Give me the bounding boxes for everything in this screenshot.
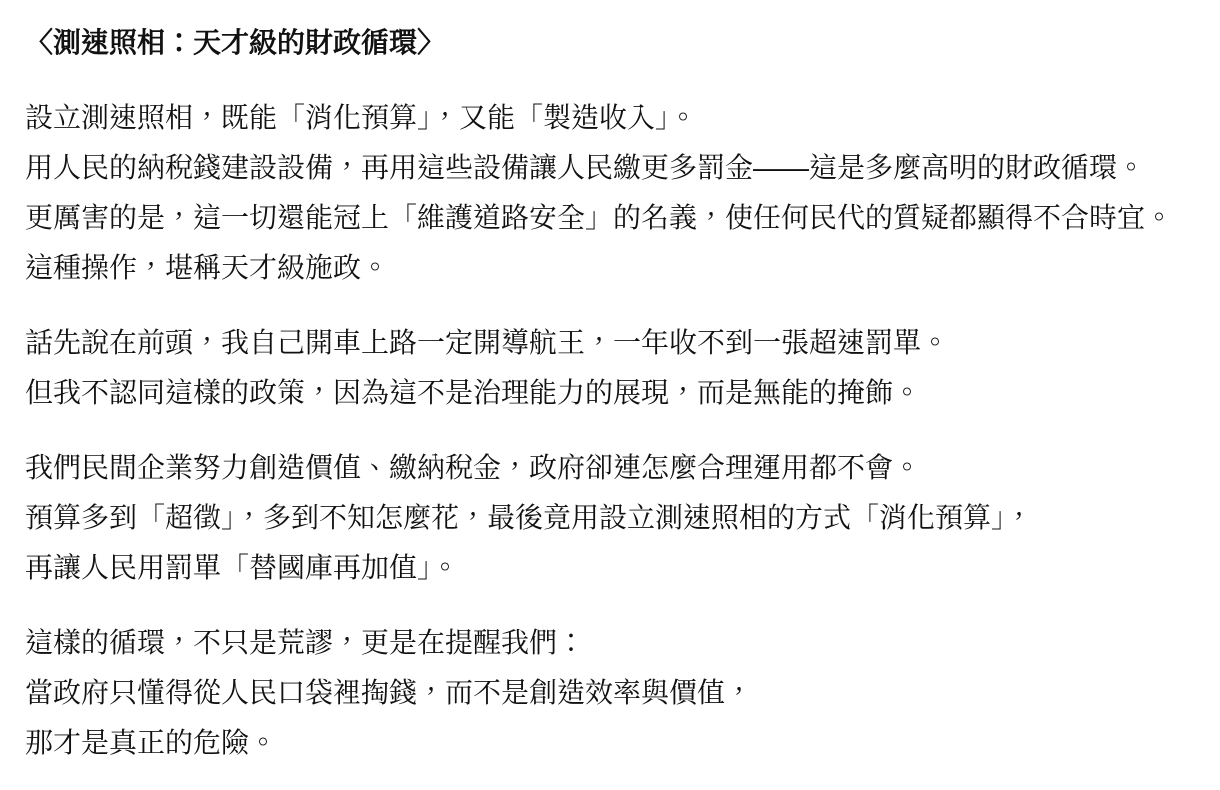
paragraph-3: 我們民間企業努力創造價值、繳納稅金，政府卻連怎麼合理運用都不會。 預算多到「超徵… [25, 443, 1200, 593]
article-title: 〈測速照相：天才級的財政循環〉 [25, 18, 1200, 68]
paragraph-4: 這樣的循環，不只是荒謬，更是在提醒我們： 當政府只懂得從人民口袋裡掏錢，而不是創… [25, 618, 1200, 768]
article-line: 用人民的納稅錢建設設備，再用這些設備讓人民繳更多罰金——這是多麼高明的財政循環。 [25, 143, 1200, 193]
article-line: 我們民間企業努力創造價值、繳納稅金，政府卻連怎麼合理運用都不會。 [25, 443, 1200, 493]
article-line: 更厲害的是，這一切還能冠上「維護道路安全」的名義，使任何民代的質疑都顯得不合時宜… [25, 193, 1200, 243]
paragraph-2: 話先說在前頭，我自己開車上路一定開導航王，一年收不到一張超速罰單。 但我不認同這… [25, 318, 1200, 418]
article-line: 再讓人民用罰單「替國庫再加值」。 [25, 543, 1200, 593]
article-line: 這種操作，堪稱天才級施政。 [25, 243, 1200, 293]
paragraph-1: 設立測速照相，既能「消化預算」，又能「製造收入」。 用人民的納稅錢建設設備，再用… [25, 93, 1200, 293]
article-line: 但我不認同這樣的政策，因為這不是治理能力的展現，而是無能的掩飾。 [25, 368, 1200, 418]
article-line: 這樣的循環，不只是荒謬，更是在提醒我們： [25, 618, 1200, 668]
article-line: 預算多到「超徵」，多到不知怎麼花，最後竟用設立測速照相的方式「消化預算」， [25, 493, 1200, 543]
article-line: 當政府只懂得從人民口袋裡掏錢，而不是創造效率與價值， [25, 668, 1200, 718]
article-line: 設立測速照相，既能「消化預算」，又能「製造收入」。 [25, 93, 1200, 143]
article-line: 那才是真正的危險。 [25, 718, 1200, 768]
document-page: 〈測速照相：天才級的財政循環〉 設立測速照相，既能「消化預算」，又能「製造收入」… [0, 0, 1220, 768]
article-line: 話先說在前頭，我自己開車上路一定開導航王，一年收不到一張超速罰單。 [25, 318, 1200, 368]
